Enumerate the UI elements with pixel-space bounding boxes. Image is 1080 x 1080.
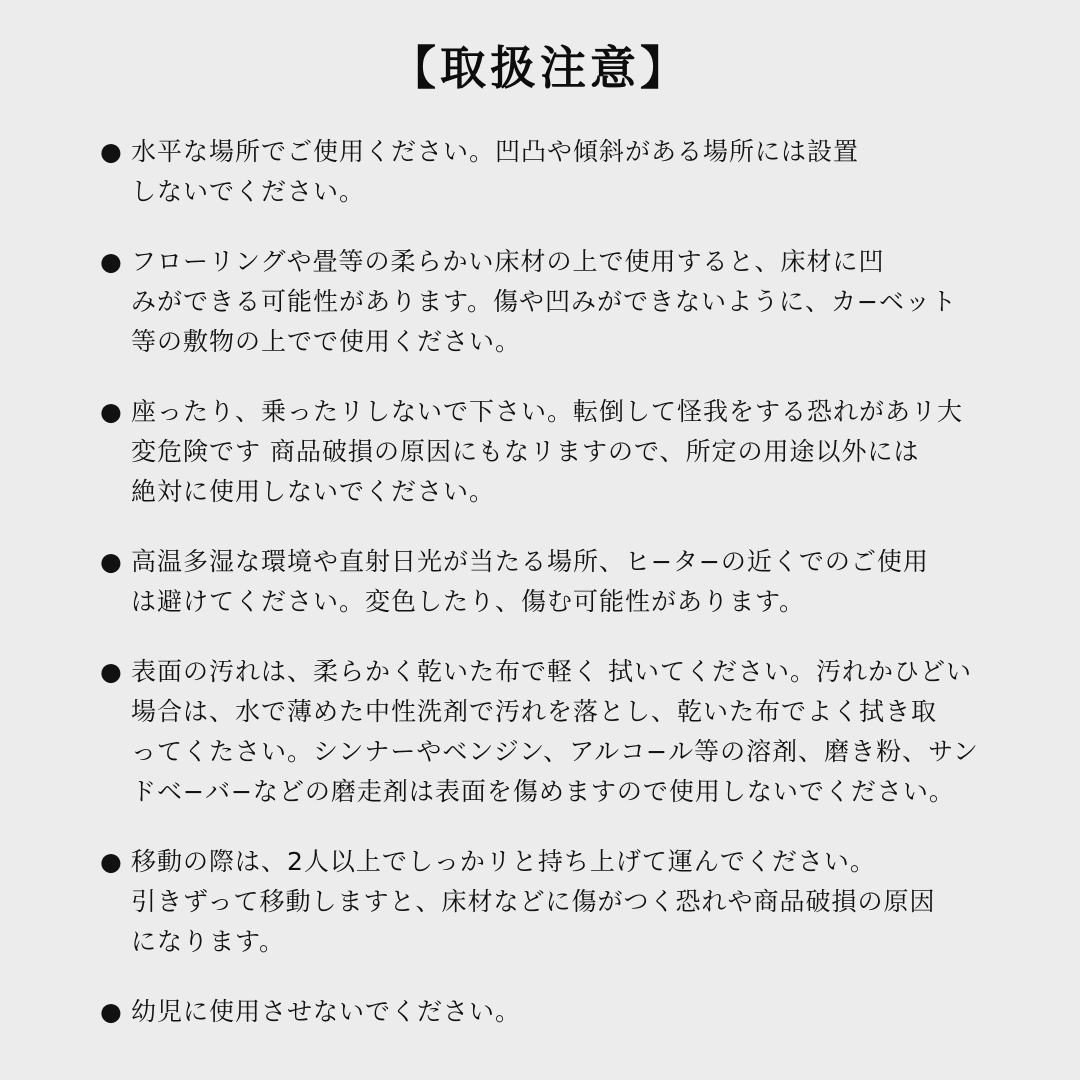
notice-text: 座ったり、乗ったリしないで下さい。転倒して怪我をする恐れがあリ大 変危険です 商… xyxy=(131,392,1050,512)
notice-text: 高温多湿な環境や直射日光が当たる場所、ヒ−タ−の近くでのご使用 は避けてください… xyxy=(131,542,1050,622)
notice-item: ● フローリングや畳等の柔らかい床材の上で使用すると、床材に凹 みができる可能性… xyxy=(100,242,1050,362)
notice-item: ● 水平な場所でご使用ください。凹凸や傾斜がある場所には設置 しないでください。 xyxy=(100,132,1050,212)
bullet-icon: ● xyxy=(100,132,123,172)
page-title: 【取扱注意】 xyxy=(0,0,1080,96)
notice-item: ● 高温多湿な環境や直射日光が当たる場所、ヒ−タ−の近くでのご使用 は避けてくだ… xyxy=(100,542,1050,622)
notice-text: 表面の汚れは、柔らかく乾いた布で軽く 拭いてください。汚れかひどい 場合は、水で… xyxy=(131,652,1050,812)
notice-text: 移動の際は、2人以上でしっかリと持ち上げて運んでください。 引きずって移動します… xyxy=(131,842,1050,962)
bullet-icon: ● xyxy=(100,652,123,692)
notice-text: フローリングや畳等の柔らかい床材の上で使用すると、床材に凹 みができる可能性があ… xyxy=(131,242,1050,362)
notice-list: ● 水平な場所でご使用ください。凹凸や傾斜がある場所には設置 しないでください。… xyxy=(0,132,1080,1032)
notice-item: ● 表面の汚れは、柔らかく乾いた布で軽く 拭いてください。汚れかひどい 場合は、… xyxy=(100,652,1050,812)
notice-text: 水平な場所でご使用ください。凹凸や傾斜がある場所には設置 しないでください。 xyxy=(131,132,1050,212)
handling-notice-page: 【取扱注意】 ● 水平な場所でご使用ください。凹凸や傾斜がある場所には設置 しな… xyxy=(0,0,1080,1080)
bullet-icon: ● xyxy=(100,542,123,582)
bullet-icon: ● xyxy=(100,842,123,882)
notice-item: ● 移動の際は、2人以上でしっかリと持ち上げて運んでください。 引きずって移動し… xyxy=(100,842,1050,962)
bullet-icon: ● xyxy=(100,392,123,432)
notice-text: 幼児に使用させないでください。 xyxy=(131,992,1050,1032)
bullet-icon: ● xyxy=(100,992,123,1032)
notice-item: ● 座ったり、乗ったリしないで下さい。転倒して怪我をする恐れがあリ大 変危険です… xyxy=(100,392,1050,512)
notice-item: ● 幼児に使用させないでください。 xyxy=(100,992,1050,1032)
bullet-icon: ● xyxy=(100,242,123,282)
